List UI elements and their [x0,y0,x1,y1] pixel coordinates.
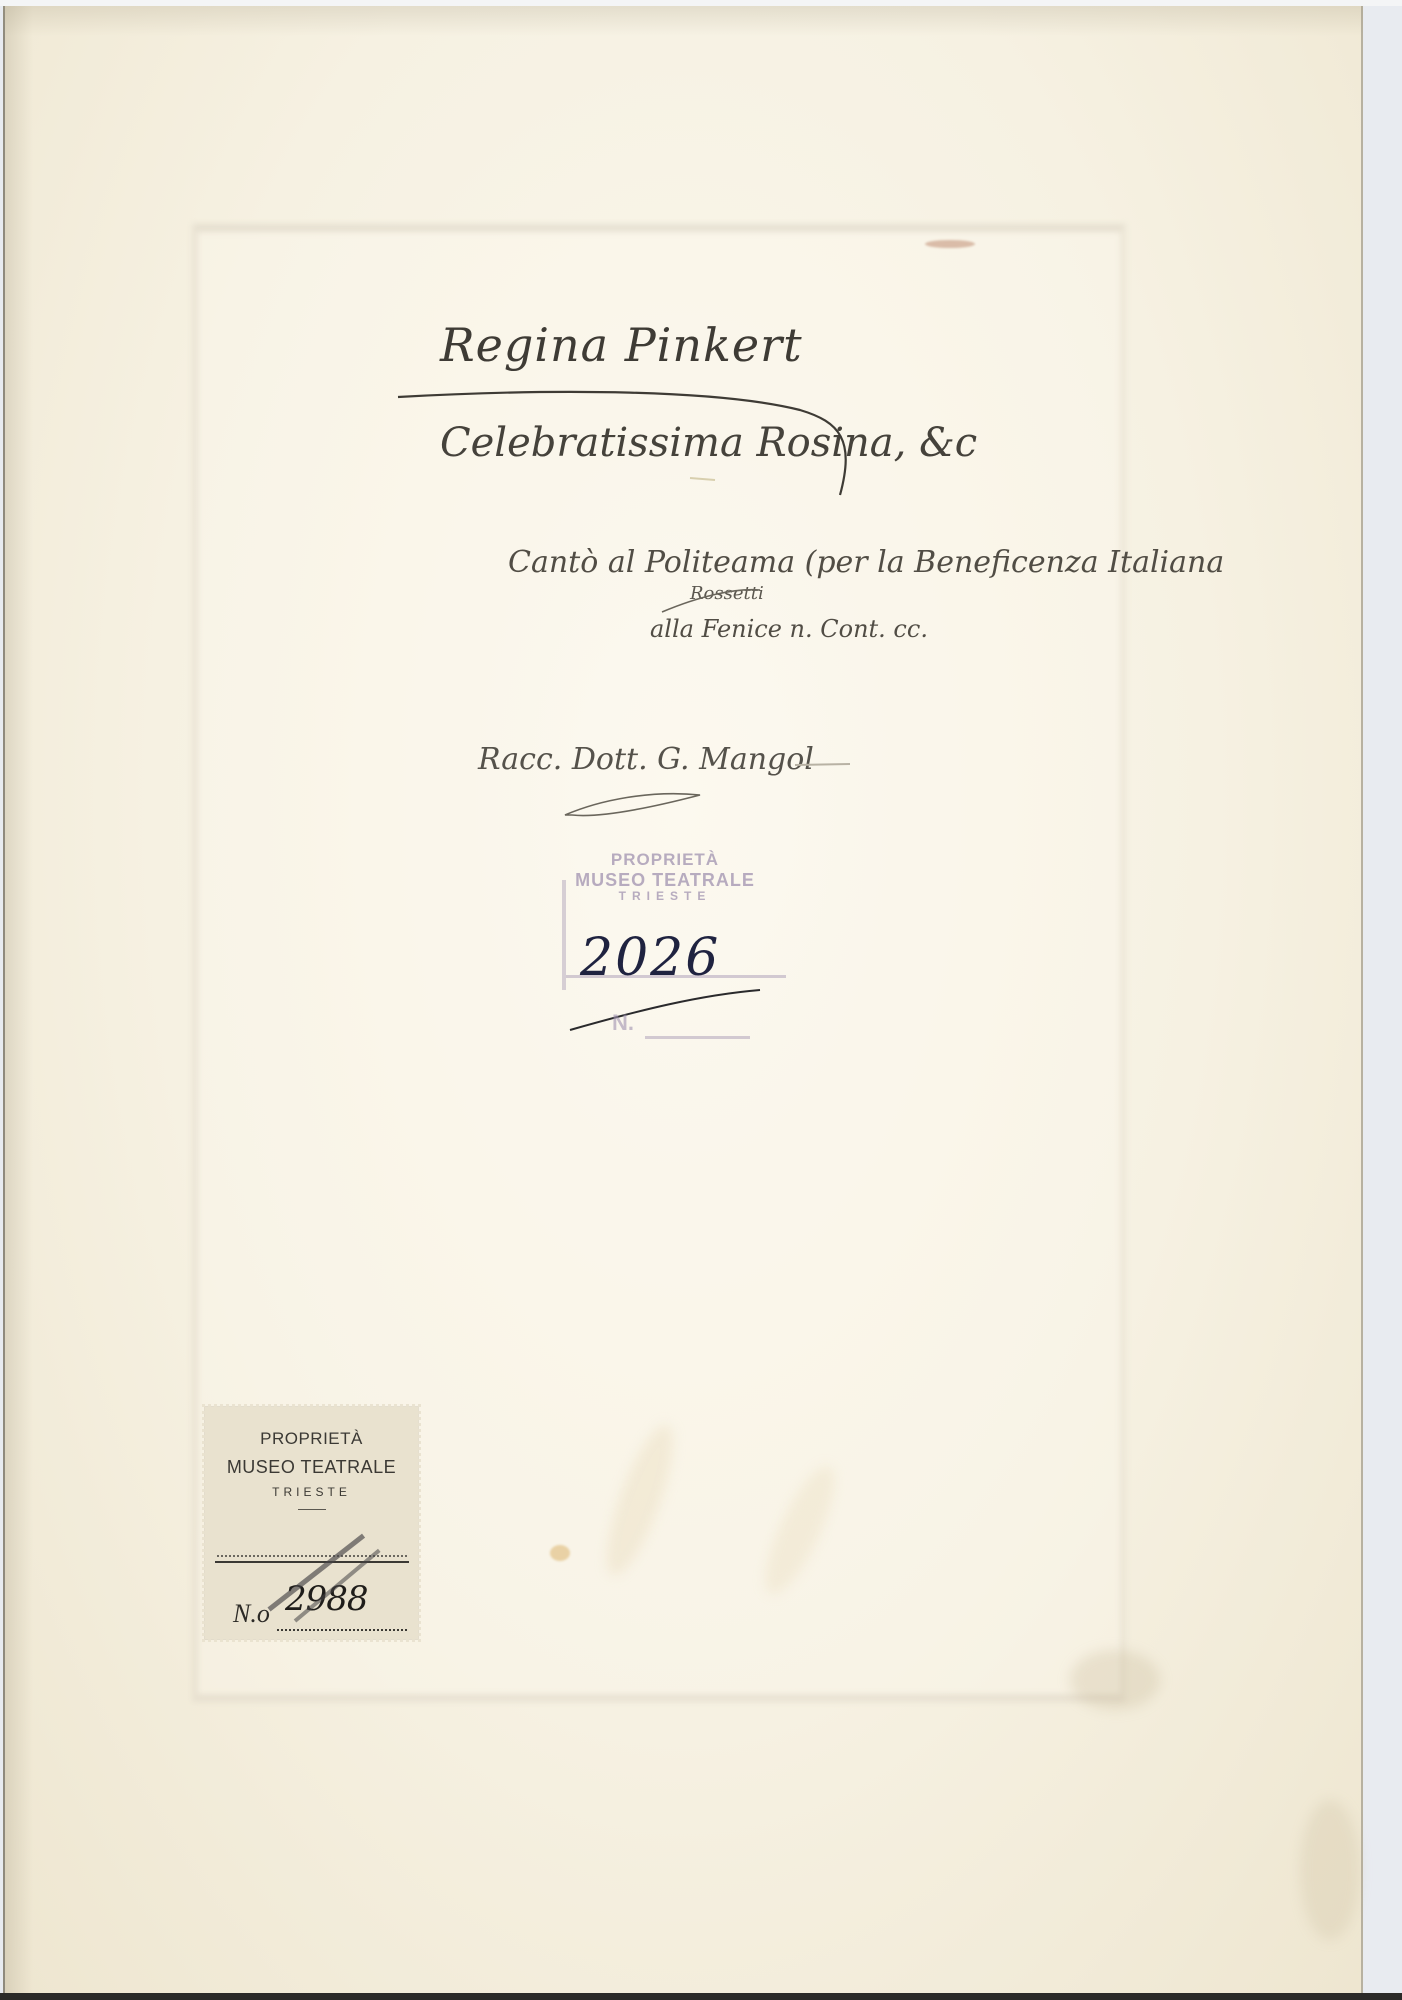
museum-property-label: PROPRIETÀ MUSEO TEATRALE TRIESTE N.o 298… [205,1407,418,1639]
stamp-number-prefix: N. [612,1010,634,1036]
label-number-line [277,1629,407,1631]
label-line-3: TRIESTE [205,1485,418,1499]
handwritten-role: Celebratissima Rosina, &c [440,420,977,466]
grime-stain [1070,1650,1160,1710]
museum-ink-stamp: PROPRIETÀ MUSEO TEATRALE TRIESTE [565,850,765,904]
label-rule [215,1561,409,1563]
handwritten-performance-note: Cantò al Politeama (per la Beneficenza I… [508,545,1224,580]
handwritten-performer-name: Regina Pinkert [440,318,803,372]
stamp-line-2: MUSEO TEATRALE [565,870,765,891]
stamp-line-3: TRIESTE [565,890,765,904]
handwritten-collector-signature: Racc. Dott. G. Mangol [478,742,814,777]
handwritten-performance-note-2: alla Fenice n. Cont. cc. [650,615,928,643]
label-line-2: MUSEO TEATRALE [205,1457,418,1478]
stamp-line-1: PROPRIETÀ [565,850,765,870]
label-line-1: PROPRIETÀ [205,1429,418,1449]
label-number-prefix: N.o [233,1599,270,1629]
foxing-spot [550,1545,570,1561]
rust-mark [925,240,975,248]
scan-bottom-bar [0,1993,1402,2000]
handwritten-note-insert: Rossetti [690,583,764,604]
inventory-number-handwritten: 2026 [580,928,720,988]
stamp-number-line [645,1036,750,1039]
grime-stain [1300,1800,1360,1940]
label-dotted-rule [217,1555,407,1557]
label-dash [298,1509,326,1510]
